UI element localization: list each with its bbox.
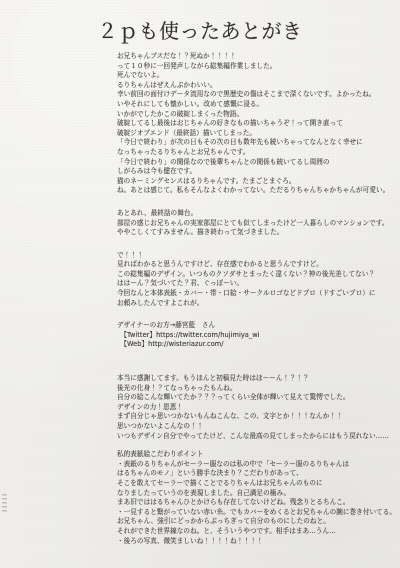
paragraph-setting-note: あとあれ、最終話の舞台。部屋の感じお兄ちゃんの実家部屋にとても似てしまったけど一… bbox=[117, 209, 396, 238]
afterword-line: 幸い前回の面付けデータ流用なので黒歴史の傷はそこまで深くないです。よかったね。 bbox=[117, 90, 396, 100]
afterword-line: 後光の化身！？てなっちゃったもんね。 bbox=[117, 384, 396, 394]
paragraph-design-intro: で！！！見ればわかると思うんですけど、存在感でわかると思うんですけど。この総集編… bbox=[117, 251, 396, 309]
afterword-line: 「今日で終わり」の関係なので後輩ちゃんとの関係も続いてるし周囲の bbox=[117, 158, 396, 168]
afterword-line: 「今日で終わり」が次の日もその次の日も数年先も続いちゃってなんとなく幸せに bbox=[117, 138, 396, 148]
afterword-line: 私的表紙絵こだわりポイント bbox=[117, 450, 396, 460]
left-edge-print-mark bbox=[2, 494, 7, 514]
afterword-line: しがらみは今も健在です。 bbox=[117, 167, 396, 177]
paragraph-opening: お兄ちゃんブスだな！？死ぬか！！！！って１０秒に一回発声しながら総集編作業しまし… bbox=[117, 52, 396, 196]
afterword-line: 破綻してるし最後はおじちゃんの好きなもの描いちゃうぞ！って開き直って bbox=[117, 119, 396, 129]
afterword-line: まあ旧でははるちゃんひとかけらも存在してないけどね。残念りとるちんこ。 bbox=[117, 498, 396, 508]
afterword-line: 【Twitter】https://twitter.com/hujimiya_wi bbox=[117, 331, 396, 341]
afterword-line: いやそれにしても懐かしい。改めて感慨に浸る。 bbox=[117, 100, 396, 110]
afterword-line: はるちゃんのモノ」という勝手な決まり？こだわりがあって、 bbox=[117, 469, 396, 479]
afterword-line: 今回なんと本体表紙・カバー・帯・口絵・サークルロゴなどドプロ（ドすごいプロ）に bbox=[117, 289, 396, 299]
afterword-line: デザインの力！恩恵！ bbox=[117, 403, 396, 413]
afterword-line: ややこしくてすみません。描き終わって気づきました。 bbox=[117, 228, 396, 238]
afterword-line: ははーん？気づいてた？君、ぐっぽーい。 bbox=[117, 279, 396, 289]
afterword-line: ・後ろの写真、微笑ましいね！！！！ね！！！！ bbox=[117, 537, 396, 547]
paragraph-cover-points: 私的表紙絵こだわりポイント・表紙のるりちゃんがセーラー服なのは私の中で「セーラー… bbox=[117, 450, 396, 546]
afterword-line: 部屋の感じお兄ちゃんの実家部屋にとても似てしまったけど一人暮らしのマンションです… bbox=[117, 219, 396, 229]
afterword-line: お兄ちゃんブスだな！？死ぬか！！！！ bbox=[117, 52, 396, 62]
afterword-line: いつもデザイン自分でやってたけど、こんな最高の見てしまったからにはもう戻れない…… bbox=[117, 432, 396, 442]
afterword-line: 自分の絵こんな輝いてたか？？？ってくらい全体が輝いて見えて驚愕でした。 bbox=[117, 393, 396, 403]
afterword-line: 死んでないよ。 bbox=[117, 71, 396, 81]
afterword-line: いかがでしたかこの破綻しまくった物語。 bbox=[117, 110, 396, 120]
afterword-line: ね。あとは感じて。私もそんなよくわかってない。ただるりちゃんちゃかちゃんが可愛い… bbox=[117, 186, 396, 196]
afterword-line: 本当に感謝してます。もうほんと初稿見た時はほーーん！？！？ bbox=[117, 374, 396, 384]
afterword-line: 思いつかないよこんなの！！ bbox=[117, 422, 396, 432]
afterword-line: 破綻ジオブエンド（最終話）描いてしまった。 bbox=[117, 129, 396, 139]
afterword-line: お頼みしたんですよこれが。 bbox=[117, 299, 396, 309]
afterword-body: お兄ちゃんブスだな！？死ぬか！！！！って１０秒に一回発声しながら総集編作業しまし… bbox=[117, 52, 396, 559]
afterword-line: って１０秒に一回発声しながら総集編作業しました。 bbox=[117, 62, 396, 72]
afterword-line: 見ればわかると思うんですけど、存在感でわかると思うんですけど。 bbox=[117, 260, 396, 270]
afterword-line: そこを敢えてセーラーで描くことでるりちゃんはお兄ちゃんのものに bbox=[117, 479, 396, 489]
afterword-line: るりちゃんはぜえんぶかわいい。 bbox=[117, 81, 396, 91]
afterword-line: 【Web】http://wisteriazur.com/ bbox=[117, 340, 396, 350]
afterword-line: ・表紙のるりちゃんがセーラー服なのは私の中で「セーラー服のるりちゃんは bbox=[117, 460, 396, 470]
afterword-line: なりましたっていうのを表現しました。自己満足の極み。 bbox=[117, 489, 396, 499]
page-title: ２ｐも使ったあとがき bbox=[0, 20, 400, 42]
afterword-line: お兄ちゃん、強引にどっかからぶっちぎって自分のものにしたのねと。 bbox=[117, 517, 396, 527]
paragraph-designer-credit: デザイナーのお方→藤宮藍 さん 【Twitter】https://twitter… bbox=[117, 321, 396, 350]
afterword-line: で！！！ bbox=[117, 251, 396, 261]
afterword-line: ・一見すると繋がっていない赤い糸。でもカバーをめくるとお兄ちゃんの腕に巻き付いて… bbox=[117, 508, 396, 518]
afterword-line: それができた世界線なのね。と、そういうやつです。相手はまあ…うん… bbox=[117, 527, 396, 537]
afterword-line: あとあれ、最終話の舞台。 bbox=[117, 209, 396, 219]
paragraph-gratitude: 本当に感謝してます。もうほんと初稿見た時はほーーん！？！？後光の化身！？てなっち… bbox=[117, 374, 396, 441]
afterword-line: 猫のネーミングセンスはるりちゃんです。たまごとまぐろ。 bbox=[117, 177, 396, 187]
afterword-line: まず自分じゃ思いつかないもんねこんな、この、文字とか！！！なんか！！ bbox=[117, 412, 396, 422]
afterword-line: なっちゃったるりちゃんとお兄ちゃんです。 bbox=[117, 148, 396, 158]
afterword-line: デザイナーのお方→藤宮藍 さん bbox=[117, 321, 396, 331]
